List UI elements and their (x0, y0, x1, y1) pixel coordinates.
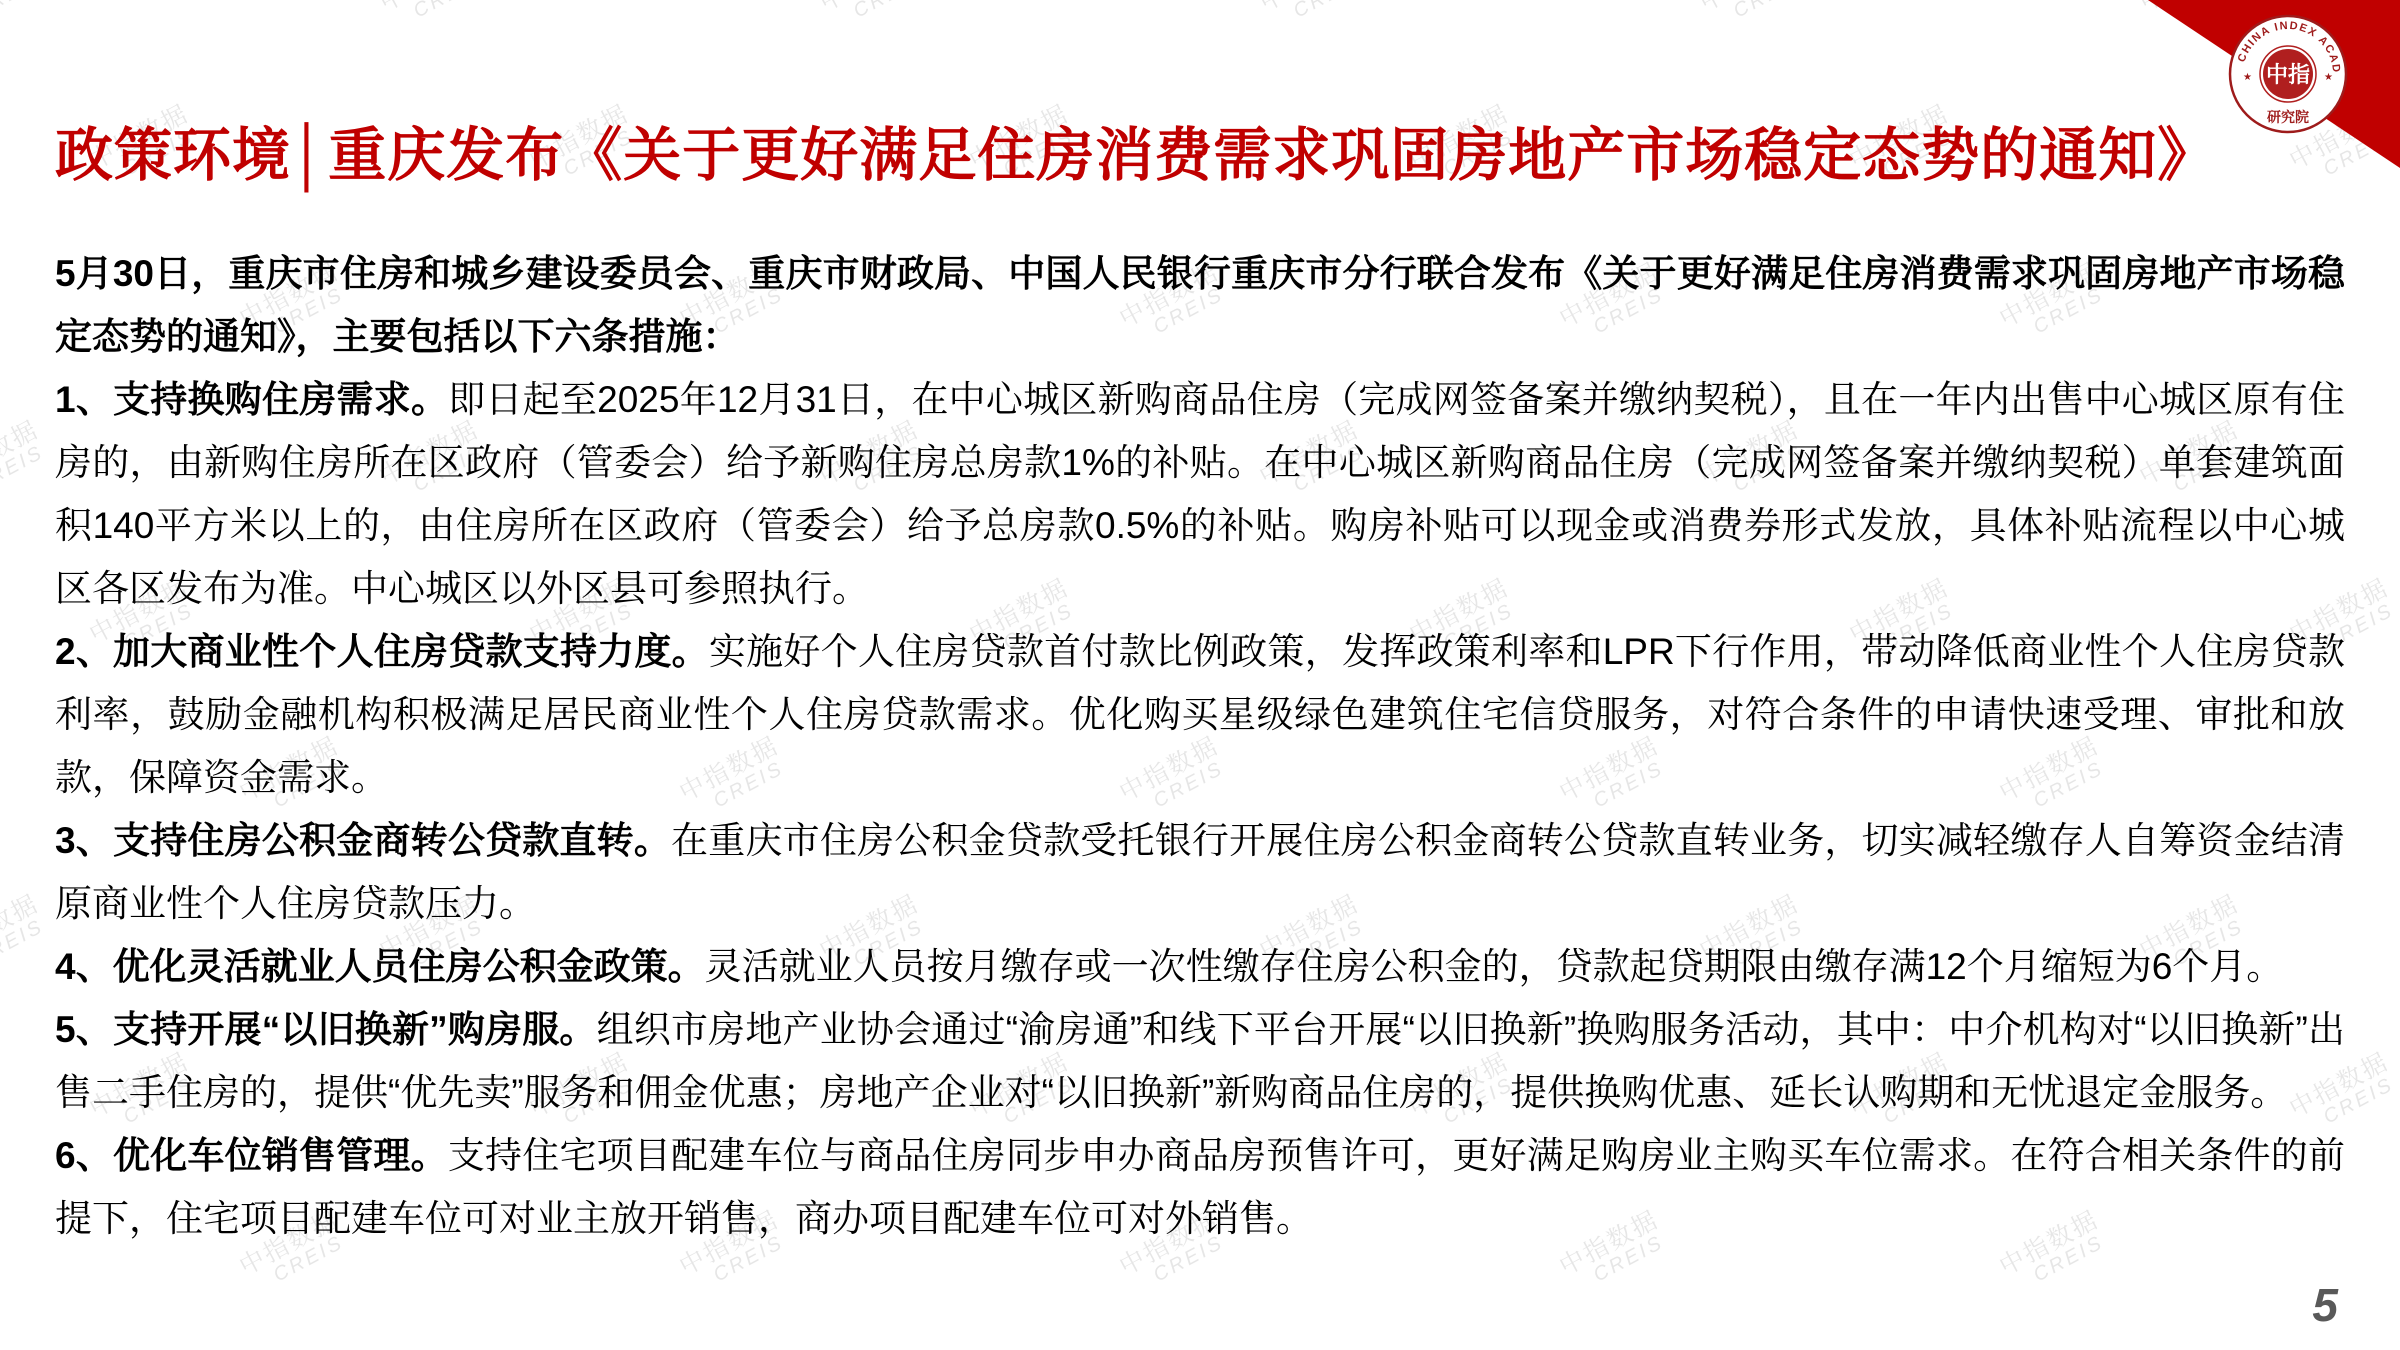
watermark: 中指数据CREIS (1695, 0, 1813, 35)
brand-corner-ribbon: CHINA INDEX ACADEMY ★ ★ 中指 研究院 (2148, 0, 2400, 168)
watermark: 中指数据CREIS (0, 416, 53, 508)
measure-1-lead: 1、支持换购住房需求。 (55, 379, 448, 420)
measure-6-lead: 6、优化车位销售管理。 (55, 1135, 448, 1176)
seal-bottom-text: 研究院 (2267, 109, 2309, 125)
measure-5: 5、支持开展“以旧换新”购房服。组织市房地产业协会通过“渝房通”和线下平台开展“… (55, 998, 2345, 1124)
measure-6: 6、优化车位销售管理。支持住宅项目配建车位与商品住房同步申办商品房预售许可，更好… (55, 1124, 2345, 1250)
seal-star-right: ★ (2324, 72, 2333, 83)
page-title: 政策环境│重庆发布《关于更好满足住房消费需求巩固房地产市场稳定态势的通知》 (55, 108, 2345, 192)
watermark: 中指数据CREIS (0, 890, 53, 982)
watermark: 中指数据CREIS (1255, 0, 1373, 35)
page-number: 5 (2312, 1278, 2338, 1332)
measure-3-lead: 3、支持住房公积金商转公贷款直转。 (55, 820, 671, 861)
intro-paragraph: 5月30日，重庆市住房和城乡建设委员会、重庆市财政局、中国人民银行重庆市分行联合… (55, 242, 2345, 368)
measure-2: 2、加大商业性个人住房贷款支持力度。实施好个人住房贷款首付款比例政策，发挥政策利… (55, 620, 2345, 809)
watermark: 中指数据CREIS (375, 0, 493, 35)
measure-4: 4、优化灵活就业人员住房公积金政策。灵活就业人员按月缴存或一次性缴存住房公积金的… (55, 935, 2345, 998)
measure-4-lead: 4、优化灵活就业人员住房公积金政策。 (55, 946, 705, 987)
seal-center-text: 中指 (2266, 62, 2310, 87)
content-area: 政策环境│重庆发布《关于更好满足住房消费需求巩固房地产市场稳定态势的通知》 5月… (55, 108, 2345, 1250)
slide: 中指数据CREIS中指数据CREIS中指数据CREIS中指数据CREIS中指数据… (0, 0, 2400, 1350)
measure-1: 1、支持换购住房需求。即日起至2025年12月31日，在中心城区新购商品住房（完… (55, 368, 2345, 620)
measure-2-lead: 2、加大商业性个人住房贷款支持力度。 (55, 631, 709, 672)
measure-4-body: 灵活就业人员按月缴存或一次性缴存住房公积金的，贷款起贷期限由缴存满12个月缩短为… (705, 946, 2284, 987)
watermark: 中指数据CREIS (815, 0, 933, 35)
measure-5-lead: 5、支持开展“以旧换新”购房服。 (55, 1009, 597, 1050)
watermark: 中指数据CREIS (0, 0, 53, 35)
measure-3: 3、支持住房公积金商转公贷款直转。在重庆市住房公积金贷款受托银行开展住房公积金商… (55, 809, 2345, 935)
seal-star-left: ★ (2243, 72, 2252, 83)
